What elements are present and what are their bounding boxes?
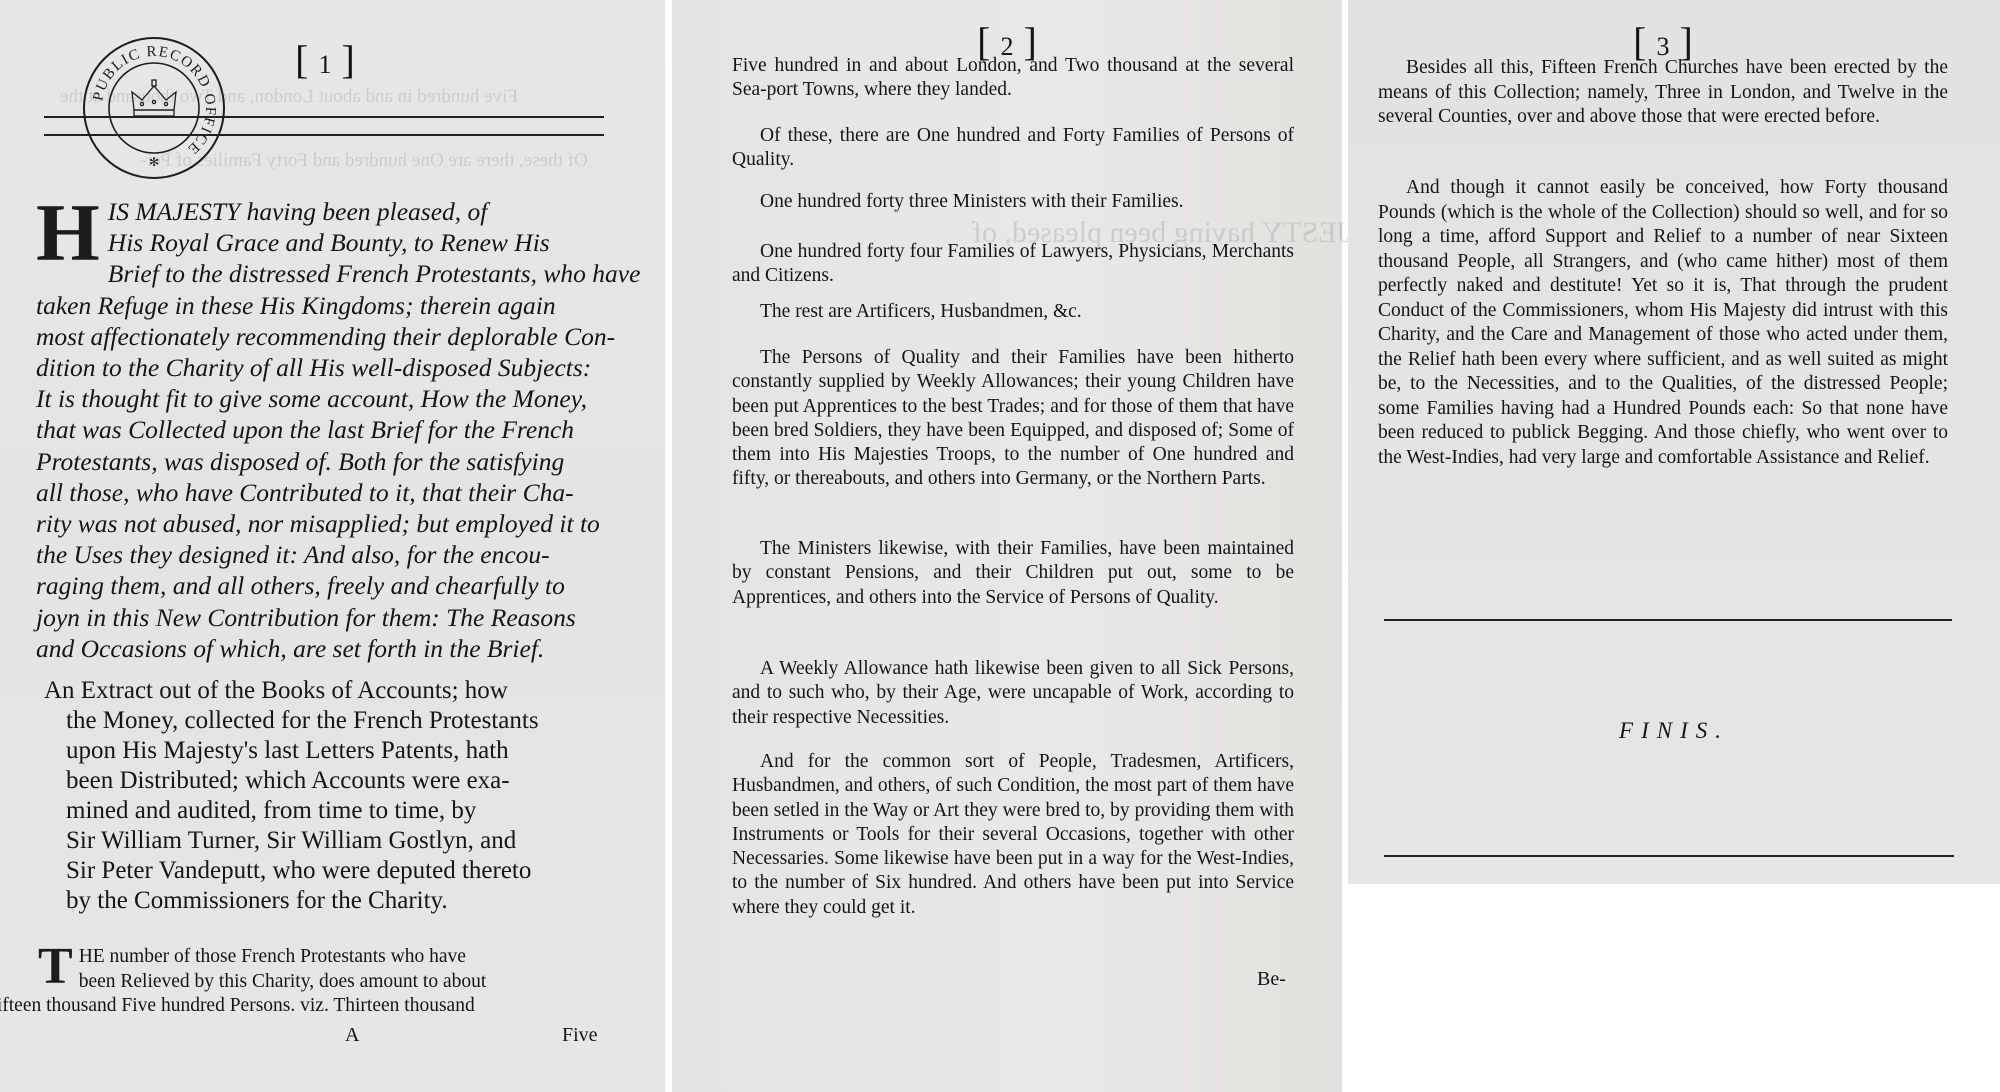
paragraph: The rest are Artificers, Husbandmen, &c. <box>732 300 1294 324</box>
text-line: all those, who have Contributed to it, t… <box>36 477 608 508</box>
page-3: [3] Besides all this, Fifteen French Chu… <box>1348 0 2000 884</box>
text-line: Fifteen thousand Five hundred Persons. v… <box>0 994 608 1019</box>
signature-mark: A <box>345 1024 359 1047</box>
page-1: Five hundred in and about London, and Tw… <box>0 0 665 1092</box>
text-line: that was Collected upon the last Brief f… <box>36 414 608 445</box>
text-line: dition to the Charity of all His well-di… <box>36 352 608 383</box>
paragraph: Five hundred in and about London, and Tw… <box>732 54 1294 103</box>
page-number-value: 1 <box>319 50 342 79</box>
text-line: been Distributed; which Accounts were ex… <box>66 766 608 796</box>
text-line: most affectionately recommending their d… <box>36 321 608 352</box>
text-line: It is thought fit to give some account, … <box>36 383 608 414</box>
text-line: been Relieved by this Charity, does amou… <box>36 970 608 995</box>
paragraph: And though it cannot easily be conceived… <box>1378 176 1948 470</box>
crown-icon <box>132 80 176 116</box>
paragraph: A Weekly Allowance hath likewise been gi… <box>732 657 1294 730</box>
horizontal-rule <box>1384 619 1952 621</box>
text-line: rity was not abused, nor misapplied; but… <box>36 508 608 539</box>
text-line: mined and audited, from time to time, by <box>66 796 608 826</box>
paragraph: The Ministers likewise, with their Famil… <box>732 537 1294 610</box>
drop-cap: H <box>36 202 100 264</box>
number-relieved-paragraph: T HE number of those French Protestants … <box>36 945 608 1019</box>
text-line: Brief to the distressed French Protestan… <box>36 258 608 289</box>
drop-cap: T <box>38 947 73 987</box>
text-line: Protestants, was disposed of. Both for t… <box>36 446 608 477</box>
text-line: Sir Peter Vandeputt, who were deputed th… <box>66 856 608 886</box>
text-line: by the Commissioners for the Charity. <box>66 886 608 916</box>
text-line: raging them, and all others, freely and … <box>36 570 608 601</box>
royal-brief-paragraph: H IS MAJESTY having been pleased, of His… <box>36 196 608 664</box>
paragraph: One hundred forty three Ministers with t… <box>732 190 1294 214</box>
text-line: An Extract out of the Books of Accounts;… <box>44 676 608 706</box>
page-number: [1] <box>280 36 380 83</box>
text-line: the Money, collected for the French Prot… <box>66 706 608 736</box>
public-record-office-stamp-icon: PUBLIC RECORD OFFICE ✻ <box>82 36 226 180</box>
paragraph: Of these, there are One hundred and Fort… <box>732 124 1294 173</box>
text-line: HE number of those French Protestants wh… <box>36 945 608 970</box>
finis-closing: FINIS. <box>1348 718 2000 744</box>
horizontal-rule <box>1384 855 1954 857</box>
text-line: taken Refuge in these His Kingdoms; ther… <box>36 290 608 321</box>
text-line: His Royal Grace and Bounty, to Renew His <box>36 227 608 258</box>
text-line: joyn in this New Contribution for them: … <box>36 602 608 633</box>
paragraph: The Persons of Quality and their Familie… <box>732 346 1294 492</box>
text-line: the Uses they designed it: And also, for… <box>36 539 608 570</box>
text-line: Sir William Turner, Sir William Gostlyn,… <box>66 826 608 856</box>
catchword: Be- <box>1257 968 1286 991</box>
paragraph: Besides all this, Fifteen French Churche… <box>1378 56 1948 130</box>
text-line: upon His Majesty's last Letters Patents,… <box>66 736 608 766</box>
paragraph: One hundred forty four Families of Lawye… <box>732 240 1294 289</box>
svg-text:✻: ✻ <box>149 155 159 169</box>
accounts-extract-paragraph: An Extract out of the Books of Accounts;… <box>66 676 608 916</box>
paragraph: And for the common sort of People, Trade… <box>732 750 1294 920</box>
text-line: and Occasions of which, are set forth in… <box>36 633 608 664</box>
catchword: Five <box>562 1024 598 1047</box>
page-2: IS MAJESTY having been pleased, of [2] F… <box>672 0 1342 1092</box>
text-line: IS MAJESTY having been pleased, of <box>36 196 608 227</box>
